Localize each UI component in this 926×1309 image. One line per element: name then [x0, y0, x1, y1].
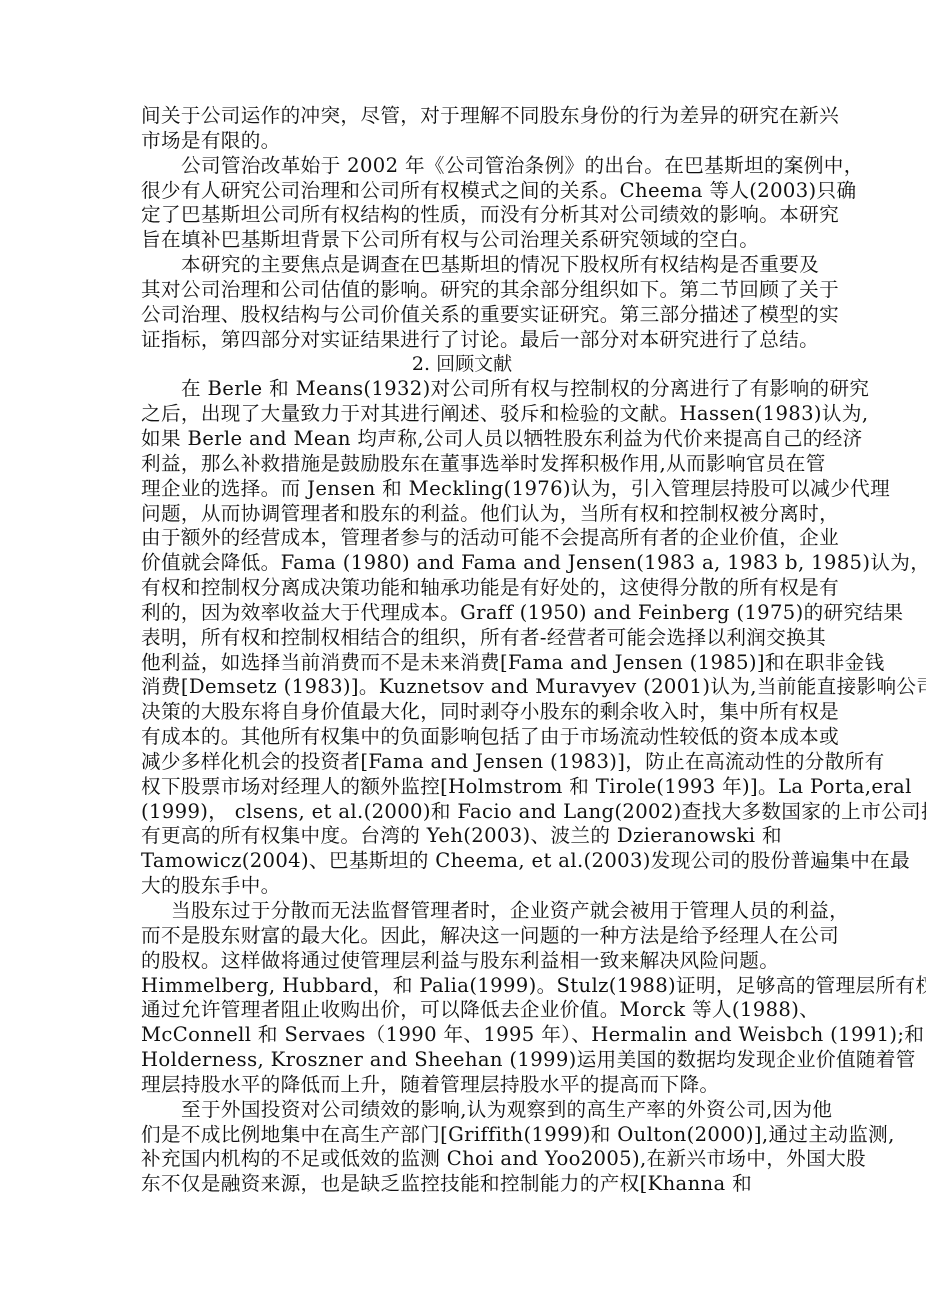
paragraph-research-focus: 本研究的主要焦点是调查在巴基斯坦的情况下股权所有权结构是否重要及 其对公司治理和… — [141, 253, 787, 352]
paragraph-foreign-investment: 至于外国投资对公司绩效的影响,认为观察到的高生产率的外资公司,因为他 们是不成比… — [141, 1098, 787, 1197]
text-line: 理层持股水平的降低而上升，随着管理层持股水平的提高而下降。 — [141, 1073, 787, 1098]
paragraph-managerial-ownership: 当股东过于分散而无法监督管理者时，企业资产就会被用于管理人员的利益， 而不是股东… — [141, 899, 787, 1098]
text-line: 们是不成比例地集中在高生产部门[Griffith(1999)和 Oulton(2… — [141, 1123, 787, 1148]
text-line: 市场是有限的。 — [141, 129, 787, 154]
section-heading: 2. 回顾文献 — [141, 352, 787, 377]
text-line: 在 Berle 和 Means(1932)对公司所有权与控制权的分离进行了有影响… — [141, 377, 787, 402]
text-line: 补充国内机构的不足或低效的监测 Choi and Yoo2005),在新兴市场中… — [141, 1147, 787, 1172]
paragraph-continuation: 间关于公司运作的冲突，尽管，对于理解不同股东身份的行为差异的研究在新兴 市场是有… — [141, 104, 787, 154]
text-line: 有成本的。其他所有权集中的负面影响包括了由于市场流动性较低的资本成本或 — [141, 725, 787, 750]
text-line: 旨在填补巴基斯坦背景下公司所有权与公司治理关系研究领域的空白。 — [141, 228, 787, 253]
text-line: 至于外国投资对公司绩效的影响,认为观察到的高生产率的外资公司,因为他 — [141, 1098, 787, 1123]
text-line: 大的股东手中。 — [141, 874, 787, 899]
text-line: 有更高的所有权集中度。台湾的 Yeh(2003)、波兰的 Dzieranowsk… — [141, 824, 787, 849]
text-line: McConnell 和 Servaes（1990 年、1995 年）、Herma… — [141, 1023, 787, 1048]
text-line: 通过允许管理者阻止收购出价，可以降低去企业价值。Morck 等人(1988)、 — [141, 998, 787, 1023]
text-line: 而不是股东财富的最大化。因此，解决这一问题的一种方法是给予经理人在公司 — [141, 924, 787, 949]
paragraph-literature-ownership: 在 Berle 和 Means(1932)对公司所有权与控制权的分离进行了有影响… — [141, 377, 787, 899]
text-line: 当股东过于分散而无法监督管理者时，企业资产就会被用于管理人员的利益， — [141, 899, 787, 924]
text-line: 由于额外的经营成本，管理者参与的活动可能不会提高所有者的企业价值，企业 — [141, 526, 787, 551]
text-line: 东不仅是融资来源，也是缺乏监控技能和控制能力的产权[Khanna 和 — [141, 1172, 787, 1197]
text-line: 减少多样化机会的投资者[Fama and Jensen (1983)]，防止在高… — [141, 750, 787, 775]
text-line: 权下股票市场对经理人的额外监控[Holmstrom 和 Tirole(1993 … — [141, 775, 787, 800]
text-line: 利的，因为效率收益大于代理成本。Graff (1950) and Feinber… — [141, 601, 787, 626]
text-line: 很少有人研究公司治理和公司所有权模式之间的关系。Cheema 等人(2003)只… — [141, 179, 787, 204]
text-line: 理企业的选择。而 Jensen 和 Meckling(1976)认为，引入管理层… — [141, 477, 787, 502]
text-line: Tamowicz(2004)、巴基斯坦的 Cheema, et al.(2003… — [141, 849, 787, 874]
text-line: Himmelberg, Hubbard，和 Palia(1999)。Stulz(… — [141, 974, 787, 999]
text-line: 利益，那么补救措施是鼓励股东在董事选举时发挥积极作用,从而影响官员在管 — [141, 452, 787, 477]
text-line: 的股权。这样做将通过使管理层利益与股东利益相一致来解决风险问题。 — [141, 949, 787, 974]
text-line: 之后，出现了大量致力于对其进行阐述、驳斥和检验的文献。Hassen(1983)认… — [141, 402, 787, 427]
text-line: 公司管治改革始于 2002 年《公司管治条例》的出台。在巴基斯坦的案例中， — [141, 154, 787, 179]
text-line: 消费[Demsetz (1983)]。Kuznetsov and Muravye… — [141, 675, 787, 700]
text-line: 如果 Berle and Mean 均声称,公司人员以牺牲股东利益为代价来提高自… — [141, 427, 787, 452]
text-line: Holderness, Kroszner and Sheehan (1999)运… — [141, 1048, 787, 1073]
document-page: 间关于公司运作的冲突，尽管，对于理解不同股东身份的行为差异的研究在新兴 市场是有… — [141, 104, 787, 1197]
text-line: 有权和控制权分离成决策功能和轴承功能是有好处的，这使得分散的所有权是有 — [141, 576, 787, 601]
text-line: 表明，所有权和控制权相结合的组织，所有者-经营者可能会选择以利润交换其 — [141, 626, 787, 651]
text-line: 决策的大股东将自身价值最大化，同时剥夺小股东的剩余收入时，集中所有权是 — [141, 700, 787, 725]
text-line: 证指标，第四部分对实证结果进行了讨论。最后一部分对本研究进行了总结。 — [141, 328, 787, 353]
text-line: (1999)， clsens, et al.(2000)和 Facio and … — [141, 800, 787, 825]
text-line: 定了巴基斯坦公司所有权结构的性质，而没有分析其对公司绩效的影响。本研究 — [141, 203, 787, 228]
text-line: 公司治理、股权结构与公司价值关系的重要实证研究。第三部分描述了模型的实 — [141, 303, 787, 328]
text-line: 价值就会降低。Fama (1980) and Fama and Jensen(1… — [141, 551, 787, 576]
text-line: 其对公司治理和公司估值的影响。研究的其余部分组织如下。第二节回顾了关于 — [141, 278, 787, 303]
text-line: 本研究的主要焦点是调查在巴基斯坦的情况下股权所有权结构是否重要及 — [141, 253, 787, 278]
text-line: 间关于公司运作的冲突，尽管，对于理解不同股东身份的行为差异的研究在新兴 — [141, 104, 787, 129]
text-line: 他利益，如选择当前消费而不是未来消费[Fama and Jensen (1985… — [141, 651, 787, 676]
text-line: 问题，从而协调管理者和股东的利益。他们认为，当所有权和控制权被分离时， — [141, 502, 787, 527]
paragraph-governance-reform: 公司管治改革始于 2002 年《公司管治条例》的出台。在巴基斯坦的案例中， 很少… — [141, 154, 787, 253]
